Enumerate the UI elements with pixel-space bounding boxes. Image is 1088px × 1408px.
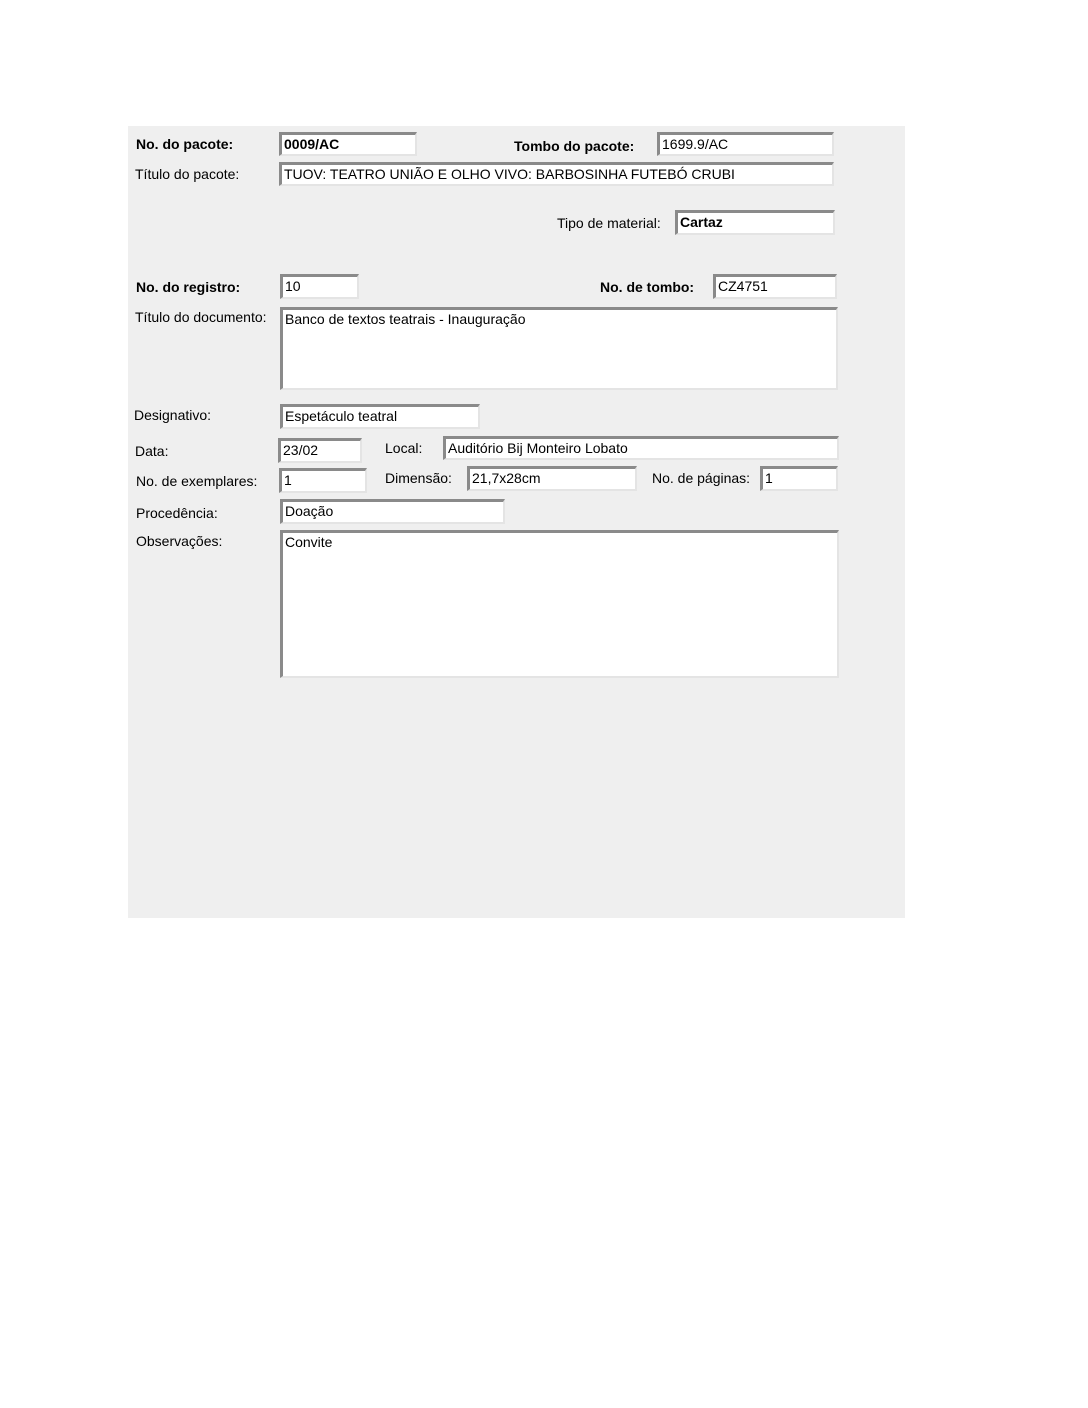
material-type-label: Tipo de material: (557, 215, 661, 231)
pages-label: No. de páginas: (652, 470, 750, 486)
tombo-number-label: No. de tombo: (600, 279, 694, 295)
copies-field[interactable]: 1 (279, 468, 367, 493)
designation-label: Designativo: (134, 407, 211, 423)
tombo-number-field[interactable]: CZ4751 (713, 274, 837, 299)
notes-field[interactable]: Convite (280, 530, 839, 678)
document-title-label: Título do documento: (135, 309, 267, 325)
pages-field[interactable]: 1 (760, 466, 838, 491)
document-title-field[interactable]: Banco de textos teatrais - Inauguração (280, 307, 838, 390)
package-tombo-label: Tombo do pacote: (514, 138, 634, 154)
dimension-label: Dimensão: (385, 470, 452, 486)
location-field[interactable]: Auditório Bij Monteiro Lobato (443, 436, 839, 460)
date-label: Data: (135, 443, 168, 459)
package-title-field[interactable]: TUOV: TEATRO UNIÃO E OLHO VIVO: BARBOSIN… (279, 162, 834, 186)
package-number-field[interactable]: 0009/AC (279, 132, 417, 156)
record-form-panel (128, 126, 905, 918)
date-field[interactable]: 23/02 (278, 438, 362, 463)
designation-field[interactable]: Espetáculo teatral (280, 404, 480, 429)
provenance-label: Procedência: (136, 505, 218, 521)
registry-number-field[interactable]: 10 (280, 274, 359, 299)
package-tombo-field[interactable]: 1699.9/AC (657, 132, 834, 156)
dimension-field[interactable]: 21,7x28cm (467, 466, 637, 491)
location-label: Local: (385, 440, 422, 456)
package-number-label: No. do pacote: (136, 136, 233, 152)
package-title-label: Título do pacote: (135, 166, 239, 182)
copies-label: No. de exemplares: (136, 473, 257, 489)
notes-label: Observações: (136, 533, 222, 549)
registry-number-label: No. do registro: (136, 279, 240, 295)
material-type-field[interactable]: Cartaz (675, 210, 835, 235)
provenance-field[interactable]: Doação (280, 499, 505, 524)
